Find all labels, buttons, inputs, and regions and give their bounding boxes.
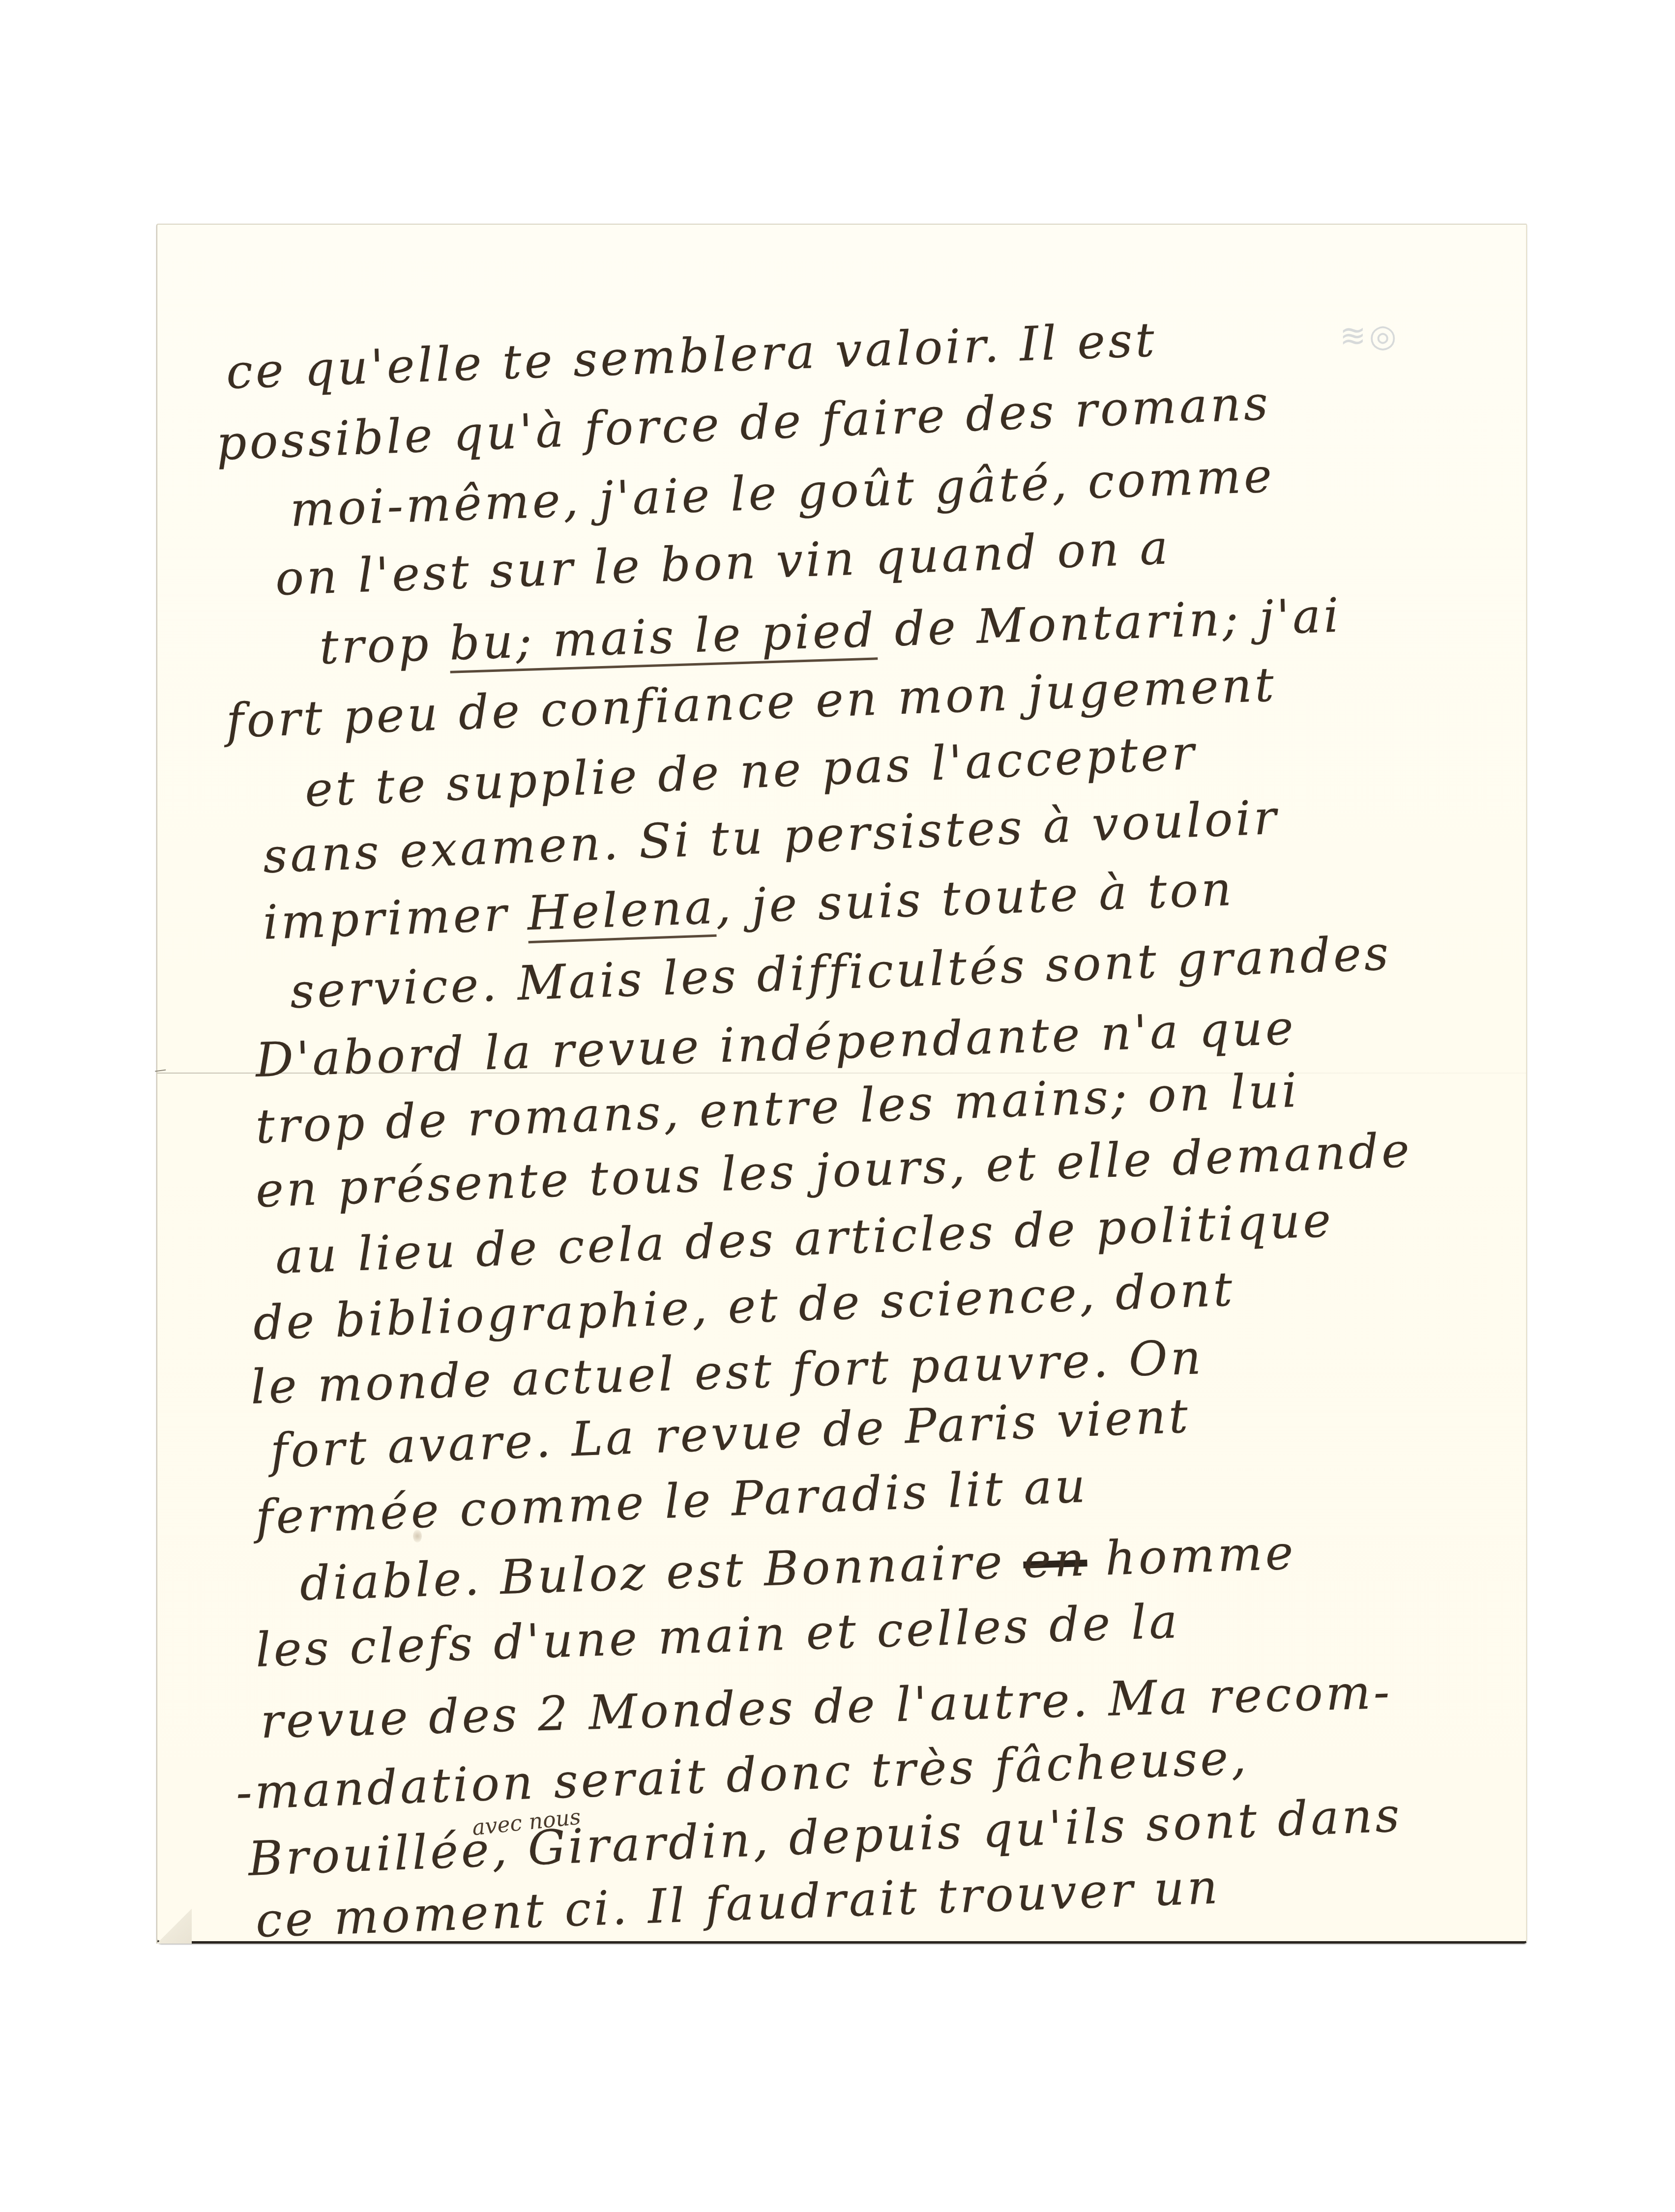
letter-sheet: ≋◎ ce qu'elle te semblera valoir. Il est… [156, 224, 1527, 1944]
letter-body: ce qu'elle te semblera valoir. Il estpos… [157, 225, 1526, 1941]
ink-blot [413, 1530, 422, 1543]
